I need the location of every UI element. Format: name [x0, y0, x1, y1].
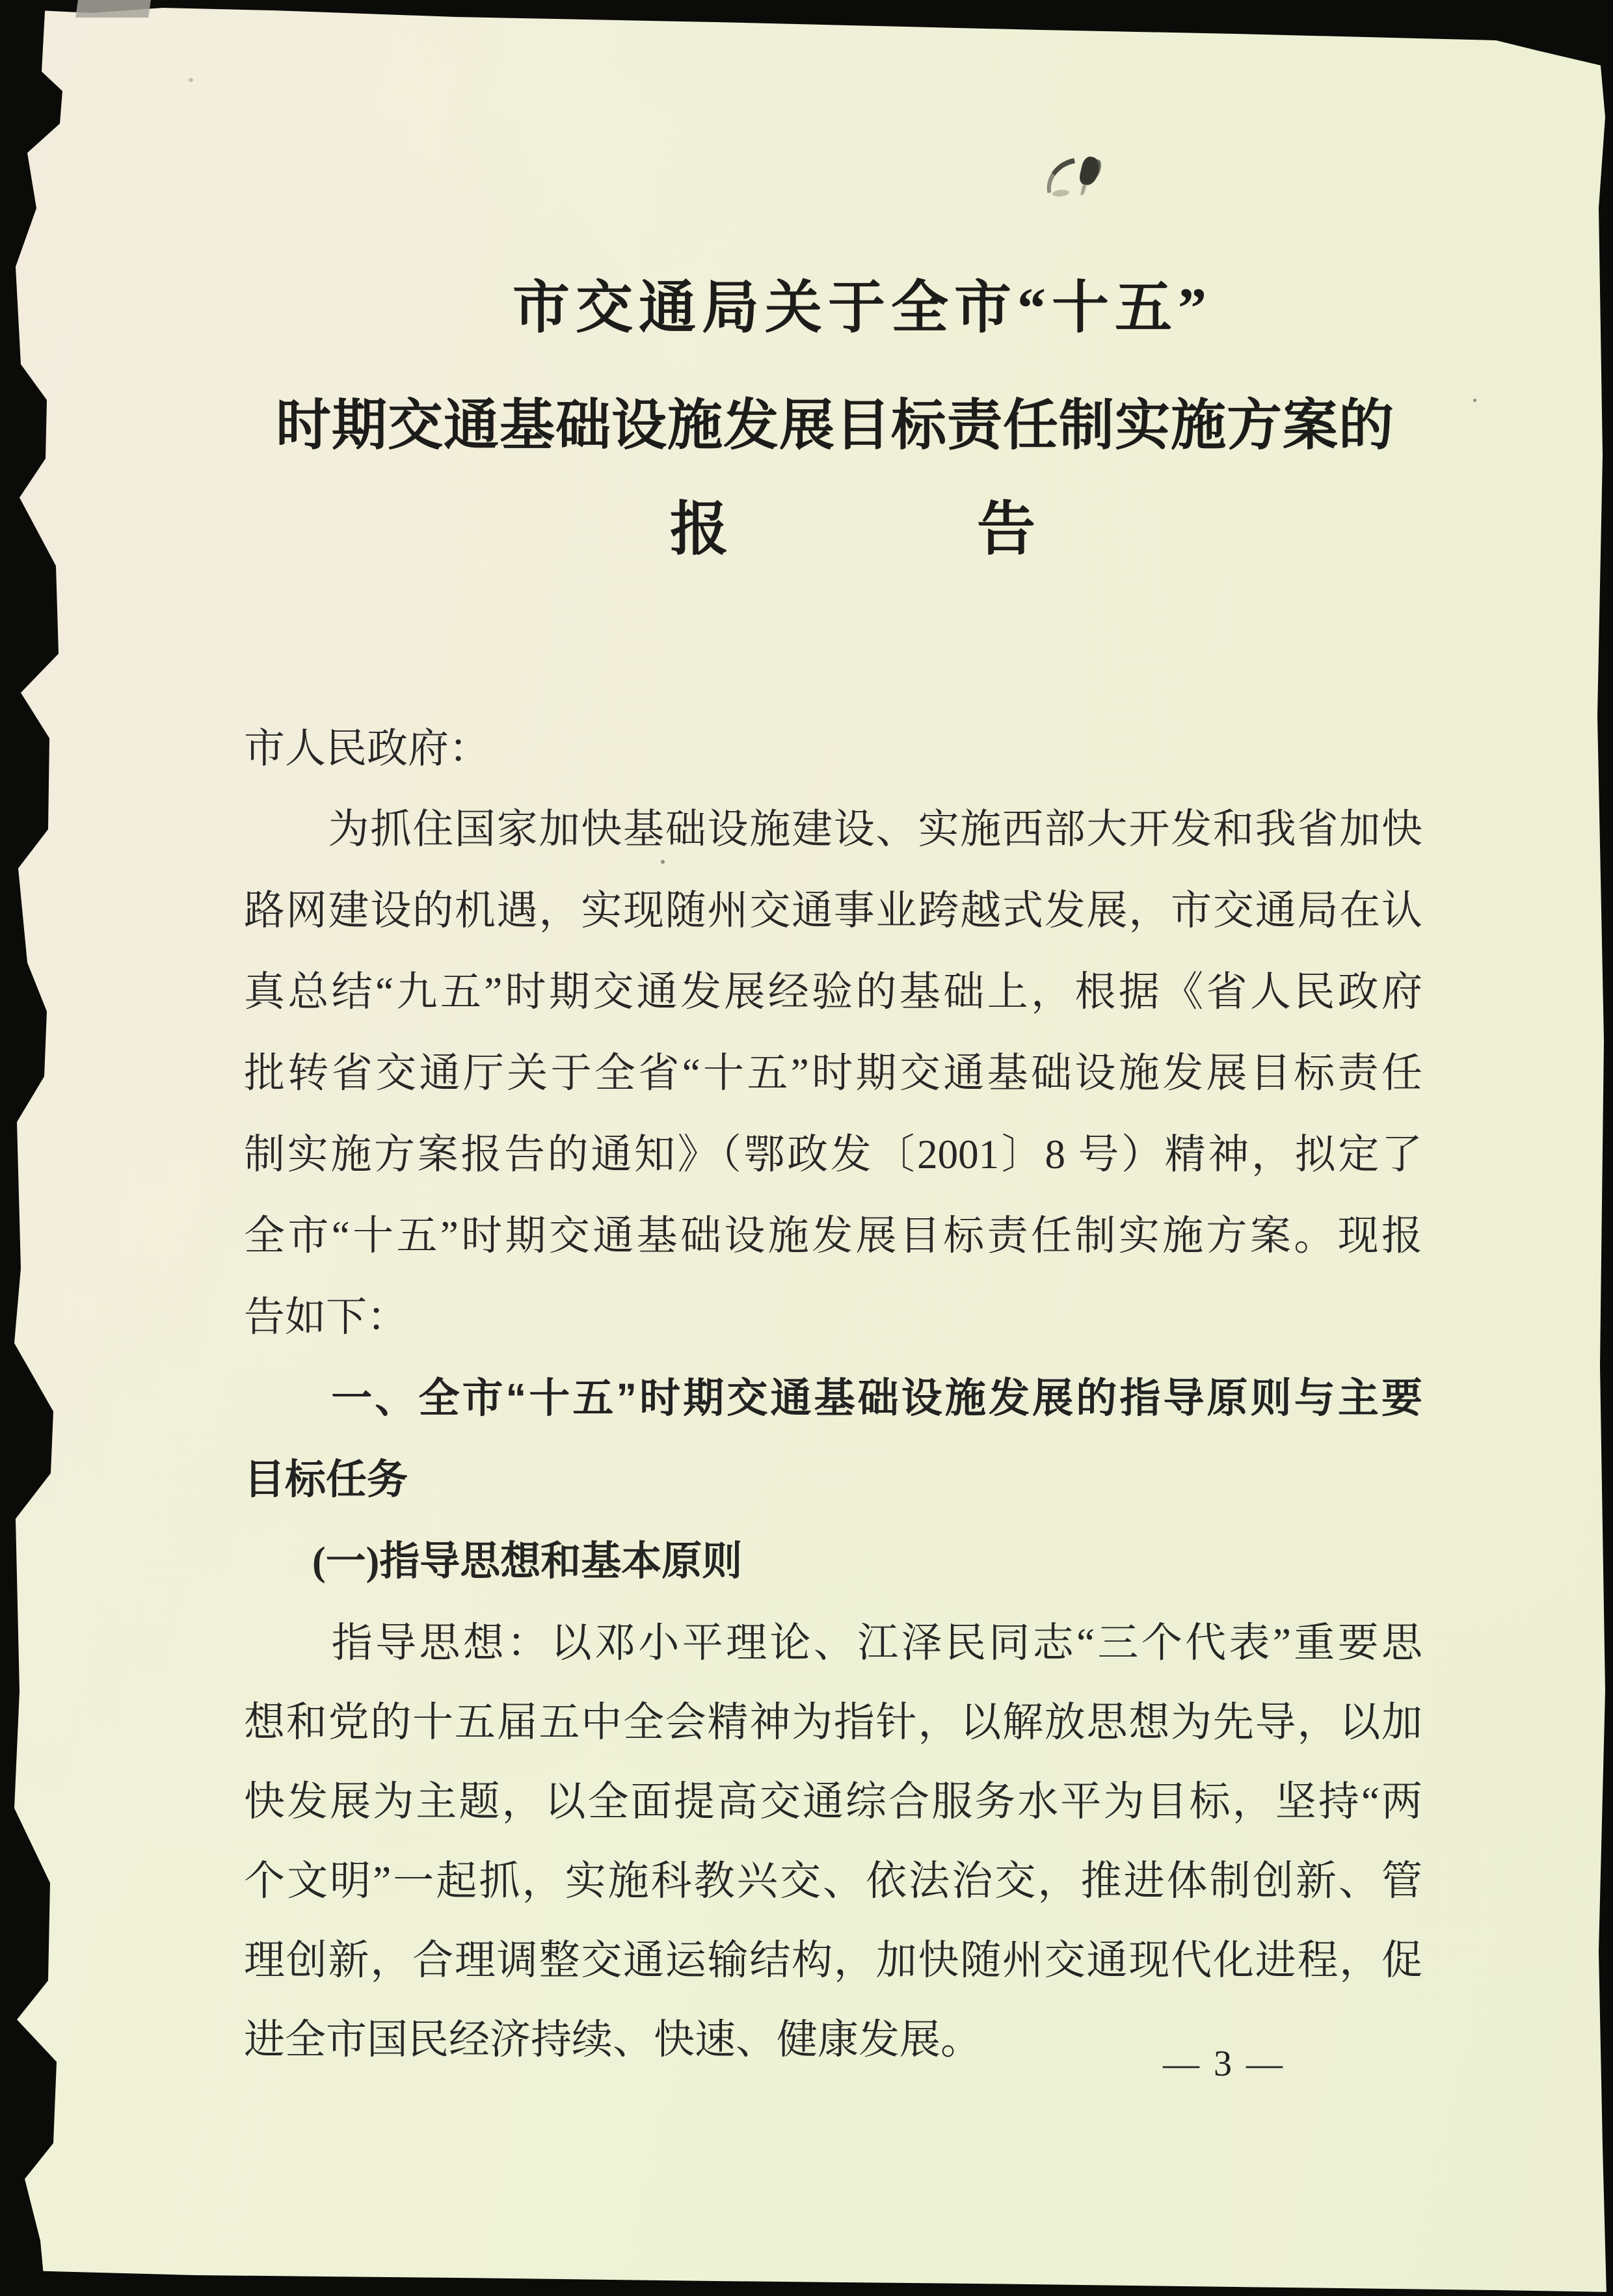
- text-line: 全市“十五”时期交通基础设施发展目标责任制实施方案。现报: [244, 1215, 1422, 1296]
- text-line: 目标任务: [244, 1459, 1422, 1540]
- title-char-bao: 报: [670, 498, 728, 563]
- paper-speck: [189, 78, 193, 82]
- scanned-document: { "scan": { "paper_color": "#eff1d6", "i…: [0, 0, 1613, 2296]
- text-line: 一、全市“十五”时期交通基础设施发展的指导原则与主要: [244, 1378, 1422, 1459]
- text-line: 制实施方案报告的通知》（鄂政发〔2001〕8 号）精神，拟定了: [244, 1134, 1422, 1215]
- paper-speck: [661, 860, 665, 864]
- scan-artifact-gray-patch: [75, 0, 151, 18]
- text-line: 快发展为主题，以全面提高交通综合服务水平为目标，坚持“两: [244, 1781, 1422, 1860]
- text-line: 批转省交通厅关于全省“十五”时期交通基础设施发展目标责任: [244, 1052, 1422, 1134]
- text-line: 想和党的十五届五中全会精神为指针，以解放思想为先导，以加: [244, 1702, 1422, 1781]
- text-line: 告如下：: [244, 1296, 1422, 1378]
- document-title-line-3: 报 告: [670, 498, 1035, 563]
- text-line: 为抓住国家加快基础设施建设、实施西部大开发和我省加快: [244, 808, 1422, 890]
- section-1-heading: 一、全市“十五”时期交通基础设施发展的指导原则与主要目标任务: [244, 1378, 1422, 1540]
- title-spacer: [728, 498, 977, 563]
- opening-paragraph: 为抓住国家加快基础设施建设、实施西部大开发和我省加快路网建设的机遇，实现随州交通…: [244, 808, 1422, 1378]
- text-line: 指导思想：以邓小平理论、江泽民同志“三个代表”重要思: [244, 1622, 1422, 1702]
- subsection-1-heading: (一)指导思想和基本原则: [312, 1540, 742, 1583]
- text-line: 理创新，合理调整交通运输结构，加快随州交通现代化进程，促: [244, 1940, 1422, 2019]
- text-line: 真总结“九五”时期交通发展经验的基础上，根据《省人民政府: [244, 971, 1422, 1052]
- salutation: 市人民政府：: [244, 727, 1422, 770]
- title-char-gao: 告: [977, 498, 1035, 563]
- document-title-line-2: 时期交通基础设施发展目标责任制实施方案的: [276, 394, 1394, 459]
- paper-speck: [1473, 399, 1476, 402]
- text-line: 路网建设的机遇，实现随州交通事业跨越式发展，市交通局在认: [244, 890, 1422, 971]
- guiding-thought-paragraph: 指导思想：以邓小平理论、江泽民同志“三个代表”重要思想和党的十五届五中全会精神为…: [244, 1622, 1422, 2098]
- text-line: 个文明”一起抓，实施科教兴交、依法治交，推进体制创新、管: [244, 1860, 1422, 1940]
- page-number: — 3 —: [1163, 2044, 1285, 2083]
- document-title-line-1: 市交通局关于全市“十五”: [513, 276, 1212, 341]
